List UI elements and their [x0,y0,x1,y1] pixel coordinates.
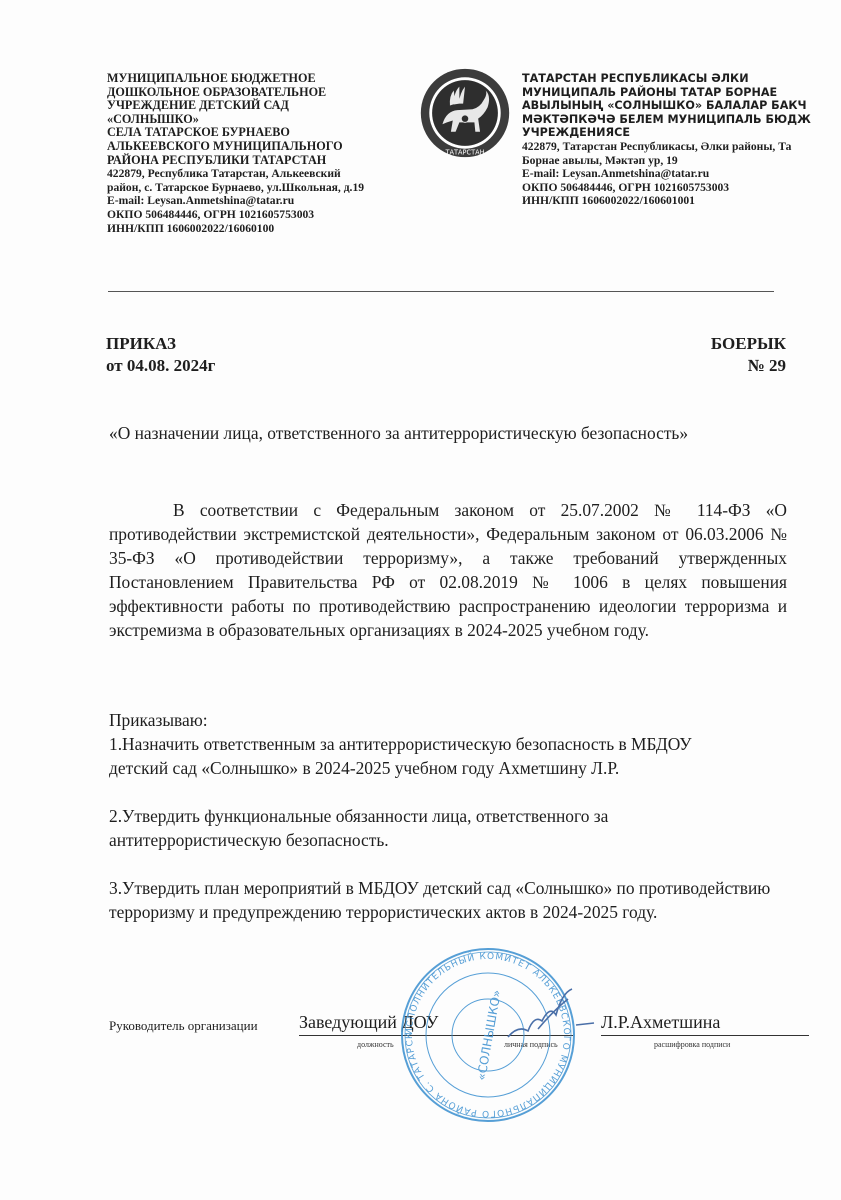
document-page: МУНИЦИПАЛЬНОЕ БЮДЖЕТНОЕ ДОШКОЛЬНОЕ ОБРАЗ… [0,0,841,1200]
org-line: МУНИЦИПАЛЬНОЕ БЮДЖЕТНОЕ [107,72,417,86]
org-line: РАЙОНА РЕСПУБЛИКИ ТАТАРСТАН [107,154,417,168]
caption-position: должность [357,1040,394,1049]
signer-label: Руководитель организации [109,1018,258,1034]
svg-text:ТАТАРСТАН: ТАТАРСТАН [444,148,484,156]
org-line: ДОШКОЛЬНОЕ ОБРАЗОВАТЕЛЬНОЕ [107,86,417,100]
org-line: «СОЛНЫШКО» [107,113,417,127]
inn-line: ИНН/КПП 1606002022/160601001 [522,194,841,208]
org-line: МУНИЦИПАЛЬ РАЙОНЫ ТАТАР БОРНАЕ [522,86,841,100]
caption-name: расшифровка подписи [654,1040,730,1049]
address-line: 422879, Татарстан Республикасы, Әлки рай… [522,140,841,154]
org-line: СЕЛА ТАТАРСКОЕ БУРНАЕВО [107,126,417,140]
name-value: Л.Р.Ахметшина [601,1012,720,1032]
email-line: E-mail: Leysan.Anmetshina@tatar.ru [522,167,841,181]
okpo-line: ОКПО 506484446, ОГРН 1021605753003 [107,208,417,222]
doc-number: № 29 [748,355,786,377]
order-item-1: 1.Назначить ответственным за антитеррори… [109,732,789,780]
order-section: Приказываю: 1.Назначить ответственным за… [109,708,789,924]
doc-type-ru: ПРИКАЗ [106,333,176,355]
doc-subject: «О назначении лица, ответственного за ан… [109,423,688,444]
address-line: район, с. Татарское Бурнаево, ул.Школьна… [107,181,417,195]
address-line: 422879, Республика Татарстан, Алькеевски… [107,167,417,181]
org-line: АВЫЛЫНЫҢ «СОЛНЫШКО» БАЛАЛАР БАКЧ [522,99,841,113]
doc-type-tt: БОЕРЫК [711,333,786,355]
order-intro: Приказываю: [109,708,789,732]
tatarstan-coat-of-arms-icon: ТАТАРСТАН [418,66,512,160]
order-item-3: 3.Утвердить план мероприятий в МБДОУ дет… [109,876,789,924]
signer-name: Л.Р.Ахметшина [601,1012,809,1036]
org-line: ТАТАРСТАН РЕСПУБЛИКАСЫ ӘЛКИ [522,72,841,86]
email-line: E-mail: Leysan.Anmetshina@tatar.ru [107,194,417,208]
doc-date: от 04.08. 2024г [106,355,215,377]
preamble-paragraph: В соответствии с Федеральным законом от … [109,498,787,642]
org-line: УЧРЕЖДЕНИЕ ДЕТСКИЙ САД [107,99,417,113]
okpo-line: ОКПО 506484446, ОГРН 1021605753003 [522,181,841,195]
header-divider [108,291,774,292]
org-line: АЛЬКЕЕВСКОГО МУНИЦИПАЛЬНОГО [107,140,417,154]
org-line: МӘКТӘПКӘЧӘ БЕЛЕМ МУНИЦИПАЛЬ БЮДЖ [522,113,841,127]
order-item-2: 2.Утвердить функциональные обязанности л… [109,804,789,852]
header-left-russian: МУНИЦИПАЛЬНОЕ БЮДЖЕТНОЕ ДОШКОЛЬНОЕ ОБРАЗ… [107,72,417,235]
handwritten-signature-icon [498,985,598,1045]
header-right-tatar: ТАТАРСТАН РЕСПУБЛИКАСЫ ӘЛКИ МУНИЦИПАЛЬ Р… [522,72,841,208]
org-line: УЧРЕЖДЕНИЯСЕ [522,126,841,140]
address-line: Борнае авылы, Мәктәп ур, 19 [522,154,841,168]
inn-line: ИНН/КПП 1606002022/16060100 [107,222,417,236]
